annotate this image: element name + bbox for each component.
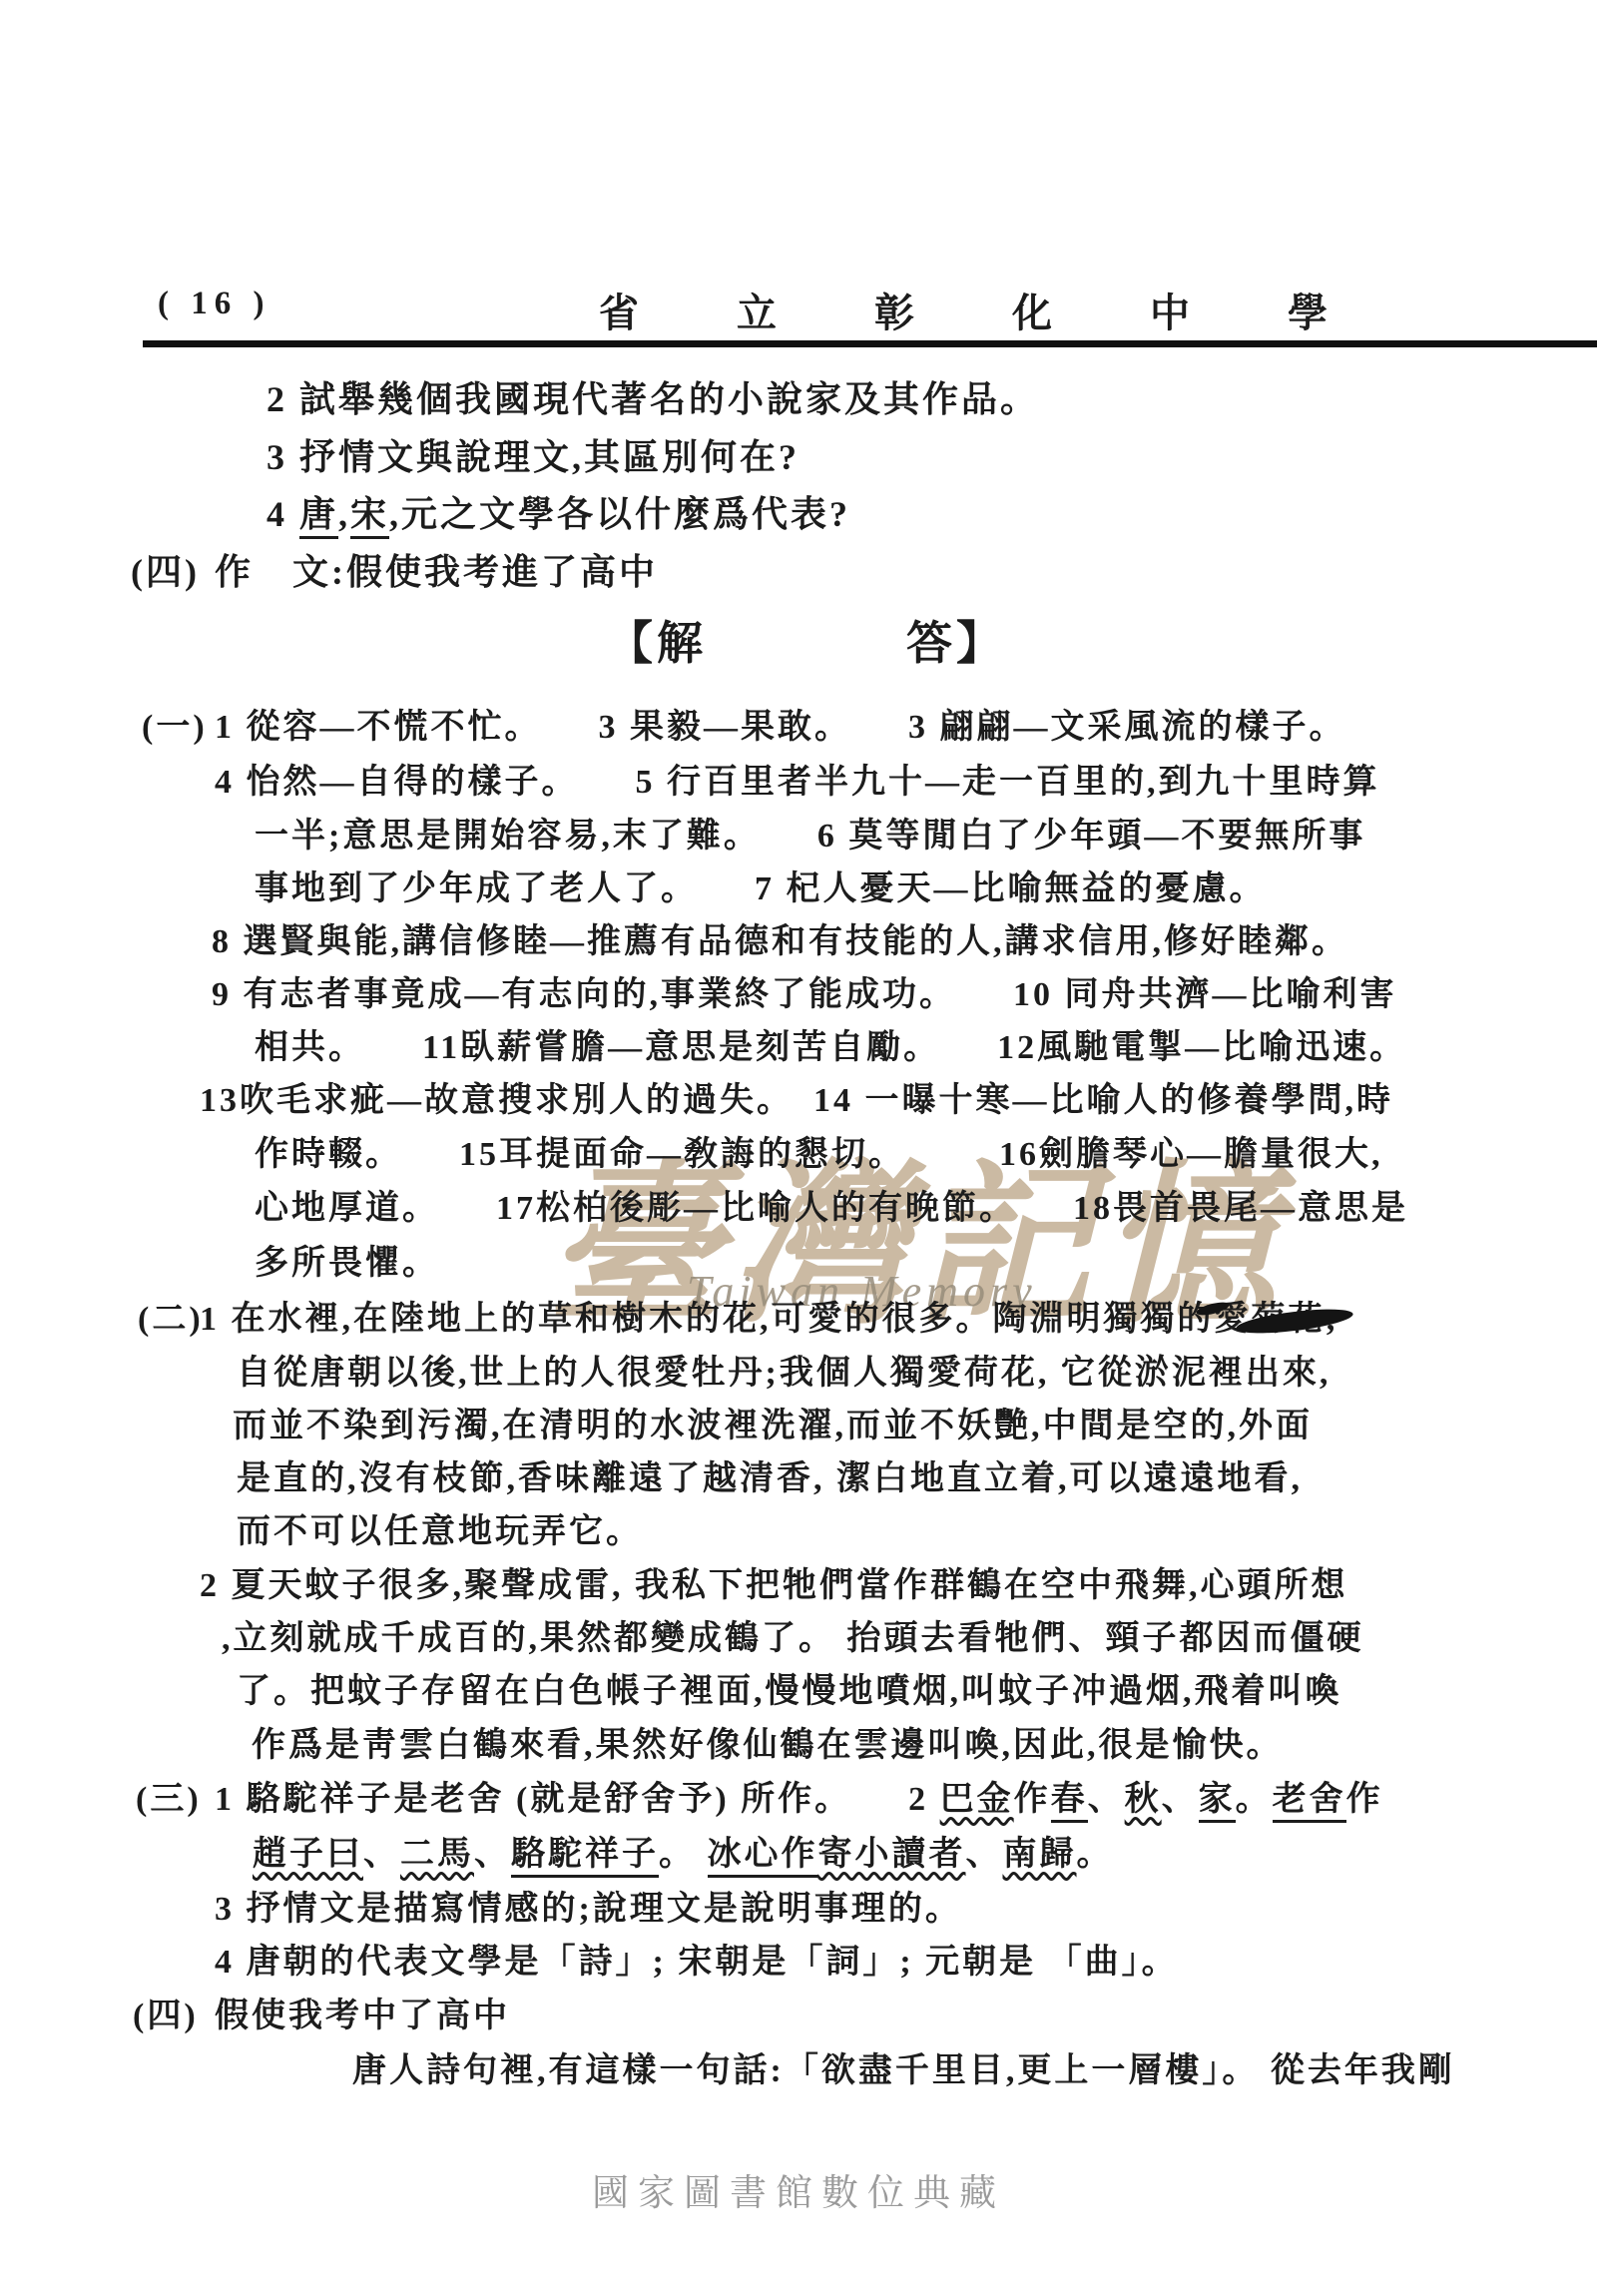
text-segment: 二馬 (400, 1836, 474, 1873)
section-label: (一) (142, 699, 208, 748)
answer-line: 3 抒情文是描寫情感的;說理文是說明事理的。 (215, 1881, 962, 1930)
text-segment: 冰心作 (708, 1836, 818, 1878)
library-footer: 國家圖書館數位典藏 (0, 2162, 1597, 2216)
text-segment: 宋 (350, 494, 389, 539)
school-title: 省 立 彰 化 中 學 (599, 282, 1371, 338)
text-segment: , (338, 494, 350, 534)
answer-line: 唐人詩句裡,有這樣一句話:「欲盡千里目,更上一層樓」。 從去年我剛 (352, 2042, 1455, 2091)
text-segment: 南歸 (1003, 1836, 1077, 1873)
answer-line: 了。把蚊子存留在白色帳子裡面,慢慢地噴烟,叫蚊子冲過烟,飛着叫喚 (237, 1663, 1342, 1712)
text-segment: 家 (1199, 1781, 1236, 1823)
text-segment: 4 (266, 494, 299, 534)
text-segment: 巴金 (940, 1781, 1014, 1818)
text-segment: 、 (363, 1836, 400, 1873)
answer-line: 多所畏懼。 (255, 1235, 439, 1284)
text-segment: 、 (966, 1836, 1003, 1873)
text-segment: 1 駱駝祥子是老舍 (就是舒舍予) 所作。 2 (215, 1781, 940, 1818)
text-segment: 老舍 (1273, 1781, 1346, 1823)
answer-line: 作爲是靑雲白鶴來看,果然好像仙鶴在雲邊叫喚,因此,很是愉快。 (252, 1717, 1284, 1766)
text-segment: 寄小讀者 (818, 1836, 966, 1873)
answer-line: 心地厚道。 17松柏後彫—比喻人的有晚節。 18畏首畏尾—意思是 (255, 1180, 1408, 1229)
header-rule (143, 340, 1597, 347)
answer-line: 相共。 11臥薪嘗膽—意思是刻苦自勵。 12風馳電掣—比喻迅速。 (255, 1019, 1406, 1068)
question-line: 作 文:假使我考進了高中 (215, 544, 658, 595)
scanned-document-page: ( 16 ) 省 立 彰 化 中 學 2 試舉幾個我國現代著名的小說家及其作品。… (0, 0, 1597, 2296)
answer-line: 9 有志者事竟成—有志向的,事業終了能成功。 10 同舟共濟—比喻利害 (212, 966, 1397, 1015)
text-segment: 、 (474, 1836, 511, 1873)
text-segment: 作 (1346, 1781, 1383, 1818)
question-line: 2 試舉幾個我國現代著名的小說家及其作品。 (266, 371, 1039, 422)
answer-line: 8 選賢與能,講信修睦—推薦有品德和有技能的人,講求信用,修好睦鄰。 (212, 913, 1348, 962)
section-label: (三) (136, 1771, 202, 1820)
text-segment: 、 (1088, 1781, 1125, 1818)
answer-line: 1 在水裡,在陸地上的草和樹木的花,可愛的很多。陶淵明獨獨的愛菊花; (200, 1291, 1339, 1340)
answer-line: 事地到了少年成了老人了。 7 杞人憂天—比喻無益的憂慮。 (255, 861, 1267, 909)
question-line: 4 唐,宋,元之文學各以什麼爲代表? (266, 486, 850, 537)
answer-line: ,立刻就成千成百的,果然都變成鶴了。 抬頭去看牠們、頸子都因而僵硬 (222, 1610, 1364, 1659)
page-number: ( 16 ) (158, 286, 270, 322)
answer-line: 13吹毛求疵—故意搜求別人的過失。 14 一曝十寒—比喻人的修養學問,時 (200, 1072, 1393, 1121)
question-line: 3 抒情文與說理文,其區別何在? (266, 429, 799, 480)
answer-line: 4 怡然—自得的樣子。 5 行百里者半九十—走一百里的,到九十里時算 (215, 754, 1380, 803)
section-label: (四) (131, 544, 200, 595)
answer-line: 2 夏天蚊子很多,聚聲成雷, 我私下把牠們當作群鶴在空中飛舞,心頭所想 (200, 1557, 1348, 1606)
text-segment: 作 (1014, 1781, 1051, 1818)
answer-line: 作時輟。 15耳提面命—敎誨的懇切。 16劍膽琴心—膽量很大, (255, 1126, 1383, 1175)
answers-heading: 【解 答】 (607, 607, 1006, 673)
text-segment: 趙子曰 (253, 1836, 363, 1873)
answer-line: 1 駱駝祥子是老舍 (就是舒舍予) 所作。 2 巴金作春、秋、家。老舍作 (215, 1771, 1383, 1820)
text-segment: 駱駝祥子 (511, 1836, 659, 1878)
answer-line: 一半;意思是開始容易,末了難。 6 莫等閒白了少年頭—不要無所事 (255, 808, 1365, 857)
answer-line: 自從唐朝以後,世上的人很愛牡丹;我個人獨愛荷花, 它從淤泥裡出來, (237, 1345, 1331, 1394)
text-segment: ,元之文學各以什麼爲代表? (389, 494, 850, 534)
text-segment: 。 (659, 1836, 708, 1873)
answer-line: 而並不染到污濁,在清明的水波裡洗濯,而並不妖艷,中間是空的,外面 (233, 1398, 1313, 1446)
section-label: (二) (138, 1291, 204, 1340)
answer-line: 趙子曰、二馬、駱駝祥子。 冰心作寄小讀者、南歸。 (253, 1826, 1114, 1875)
text-segment: 。 (1077, 1836, 1114, 1873)
answer-line: 是直的,沒有枝節,香味離遠了越清香, 潔白地直立着,可以遠遠地看, (237, 1450, 1303, 1499)
text-segment: 唐 (299, 494, 338, 539)
text-segment: 春 (1051, 1781, 1088, 1823)
text-segment: 、 (1162, 1781, 1199, 1818)
text-segment: 秋 (1125, 1781, 1162, 1818)
section-label: (四) (133, 1988, 199, 2036)
answer-line: 而不可以任意地玩弄它。 (237, 1503, 643, 1552)
answer-line: 4 唐朝的代表文學是「詩」; 宋朝是「詞」; 元朝是 「曲」。 (215, 1934, 1179, 1983)
answer-line: 1 從容—不慌不忙。 3 果毅—果敢。 3 翩翩—文采風流的樣子。 (215, 699, 1346, 748)
answer-line: 假使我考中了高中 (215, 1988, 510, 2036)
text-segment: 。 (1236, 1781, 1273, 1818)
